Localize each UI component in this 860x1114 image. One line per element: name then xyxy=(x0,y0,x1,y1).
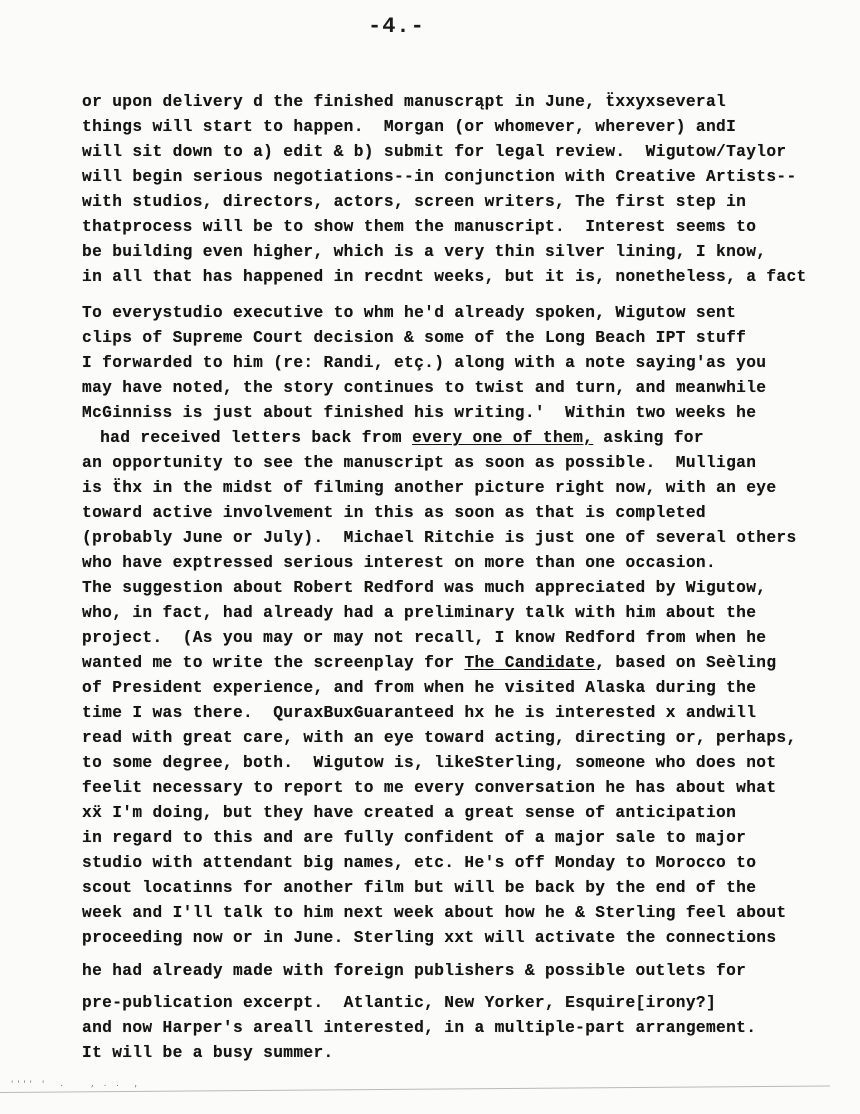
text-line: be building even higher, which is a very… xyxy=(82,242,766,262)
text-line: proceeding now or in June. Sterling xxt … xyxy=(82,928,776,948)
text-line: scout locatinns for another film but wil… xyxy=(82,878,756,898)
text-line: in all that has happened in recdnt weeks… xyxy=(82,267,807,287)
text-line: It will be a busy summer. xyxy=(82,1043,334,1063)
scan-artifact-marks: '''' ' . , . . , xyxy=(10,1081,140,1089)
text-line: things will start to happen. Morgan (or … xyxy=(82,117,736,137)
text-line: is ẗhx in the midst of filming another p… xyxy=(82,478,776,498)
text-line: studio with attendant big names, etc. He… xyxy=(82,853,756,873)
text-line: toward active involvement in this as soo… xyxy=(82,503,706,523)
text-line: McGinniss is just about finished his wri… xyxy=(82,403,756,423)
text-line: week and I'll talk to him next week abou… xyxy=(82,903,787,923)
text-line: To everystudio executive to whm he'd alr… xyxy=(82,303,736,323)
text-line: or upon delivery d the finished manuscrą… xyxy=(82,92,726,112)
text-line: will begin serious negotiations--in conj… xyxy=(82,167,797,187)
underlined-text: The Candidate xyxy=(464,654,595,672)
text-line: clips of Supreme Court decision & some o… xyxy=(82,328,746,348)
text-line: feelit necessary to report to me every c… xyxy=(82,778,776,798)
text-line: (probably June or July). Michael Ritchie… xyxy=(82,528,797,548)
text-line: with studios, directors, actors, screen … xyxy=(82,192,746,212)
text-line: he had already made with foreign publish… xyxy=(82,961,746,981)
text-line: to some degree, both. Wigutow is, likeSt… xyxy=(82,753,776,773)
text-line: who have exptressed serious interest on … xyxy=(82,553,716,573)
text-line: wanted me to write the screenplay for Th… xyxy=(82,653,776,673)
text-line: will sit down to a) edit & b) submit for… xyxy=(82,142,787,162)
text-line: The suggestion about Robert Redford was … xyxy=(82,578,766,598)
text-line: had received letters back from every one… xyxy=(90,428,704,448)
text-line: may have noted, the story continues to t… xyxy=(82,378,766,398)
page-number: -4.- xyxy=(368,14,425,39)
text-line: an opportunity to see the manuscript as … xyxy=(82,453,756,473)
underlined-text: every one of them, xyxy=(412,429,593,447)
text-line: and now Harper's areall interested, in a… xyxy=(82,1018,756,1038)
text-line: who, in fact, had already had a prelimin… xyxy=(82,603,756,623)
text-line: pre-publication excerpt. Atlantic, New Y… xyxy=(82,993,716,1013)
text-line: I forwarded to him (re: Randi, etç.) alo… xyxy=(82,353,766,373)
text-line: read with great care, with an eye toward… xyxy=(82,728,797,748)
text-line: in regard to this and are fully confiden… xyxy=(82,828,746,848)
text-line: thatprocess will be to show them the man… xyxy=(82,217,756,237)
text-line: xẍ I'm doing, but they have created a gr… xyxy=(82,803,736,823)
text-line: of President experience, and from when h… xyxy=(82,678,756,698)
text-line: project. (As you may or may not recall, … xyxy=(82,628,766,648)
text-line: time I was there. QuraxBuxGuaranteed hx … xyxy=(82,703,756,723)
